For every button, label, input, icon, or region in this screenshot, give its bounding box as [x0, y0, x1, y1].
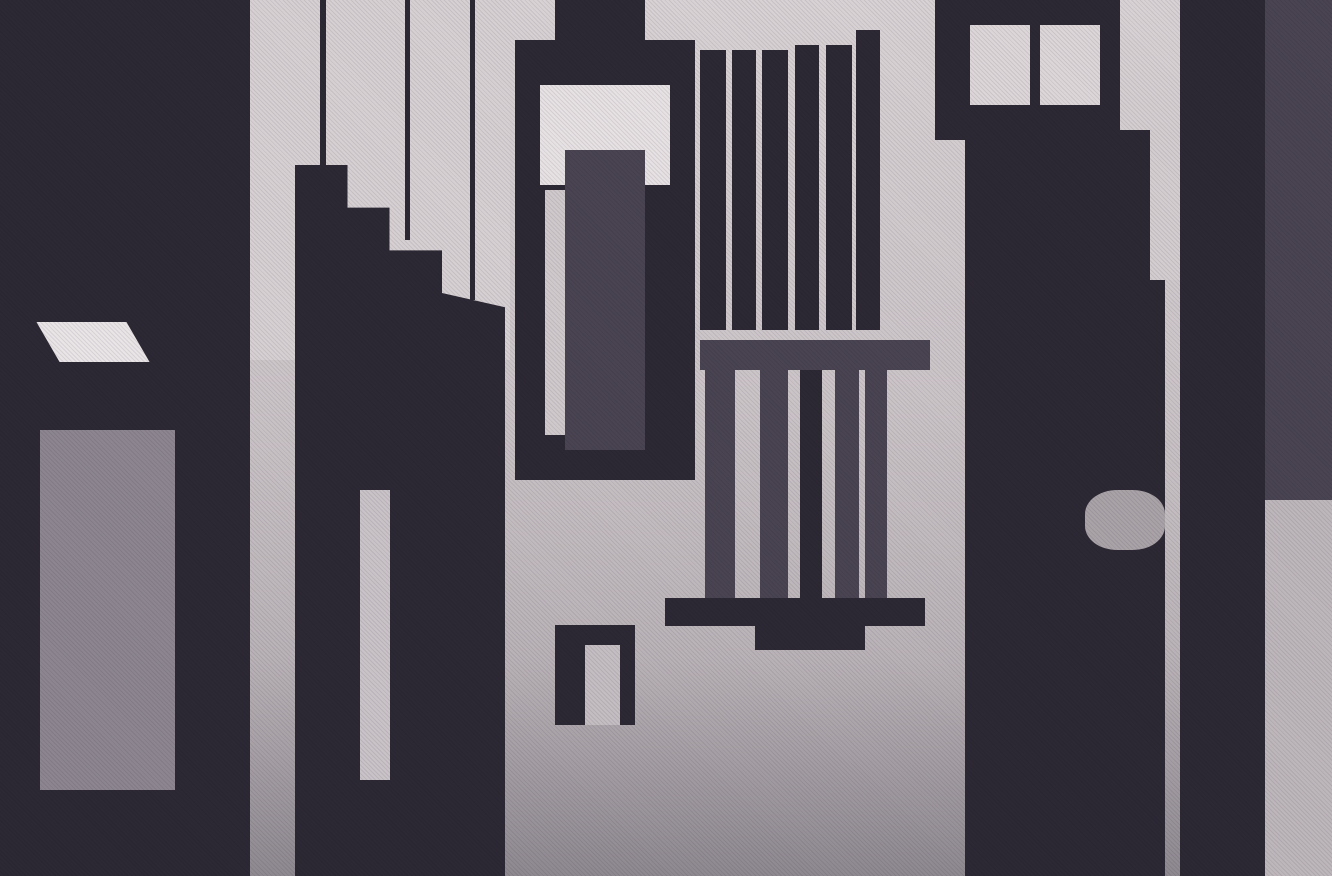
crossbeam [700, 340, 930, 370]
right-pillar [1180, 0, 1270, 876]
frame-crown [555, 0, 645, 45]
frame-window-lower [545, 190, 565, 435]
left-pillar [175, 380, 250, 876]
bar-4 [795, 45, 819, 330]
base-plate [665, 598, 925, 626]
bar-1 [700, 50, 726, 330]
leg-2 [760, 370, 788, 600]
right-edge-mass [1265, 0, 1332, 500]
bar-3 [762, 50, 788, 330]
leg-1 [705, 370, 735, 600]
base-plate-2 [755, 626, 865, 650]
left-lower-wall [40, 430, 180, 790]
leg-5 [865, 370, 887, 600]
cable-3 [470, 0, 475, 300]
bar-6 [856, 30, 880, 330]
machine-light-slot [360, 490, 390, 780]
bar-2 [732, 50, 756, 330]
cable-1 [320, 0, 326, 170]
hand-detail [1085, 490, 1165, 550]
right-edge-wall [1265, 500, 1332, 876]
right-window-mullion [1030, 25, 1040, 105]
stool-gap [585, 645, 620, 725]
photograph: Grainy halftone photograph of tall dark … [0, 0, 1332, 876]
leg-3 [800, 370, 822, 630]
cable-2 [405, 0, 410, 240]
leg-4 [835, 370, 859, 600]
frame-figure [565, 150, 645, 450]
bar-5 [826, 45, 852, 330]
